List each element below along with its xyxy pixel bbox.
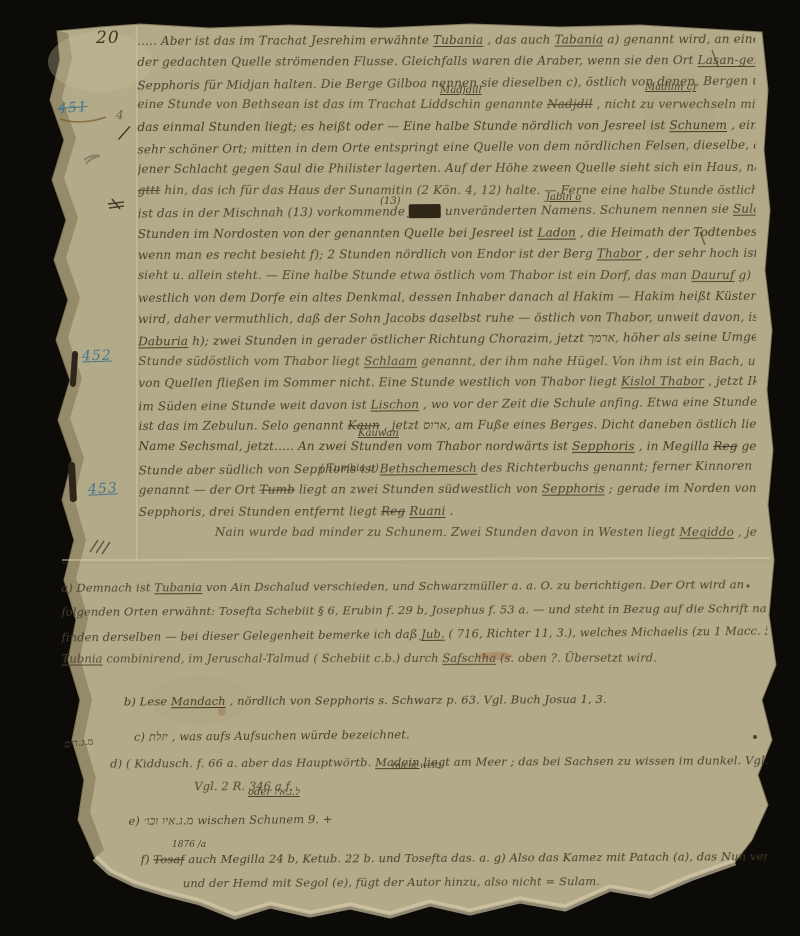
text-segment: wenn man es recht besieht f); 2 Stunden … <box>138 246 597 262</box>
text-segment: Kislol Thabor <box>621 374 704 388</box>
text-segment: , die Heimath der Todtenbeschwörerin. Sü… <box>576 224 756 239</box>
manuscript-line: und der Hemd mit Segol (e), fügt der Aut… <box>183 868 769 895</box>
text-segment: Thabor <box>597 246 641 260</box>
text-segment: f) <box>141 852 154 866</box>
margin-number-453: 453 <box>88 480 119 498</box>
pencil-check-mark: 4 <box>116 108 124 122</box>
text-segment: Mandach <box>171 694 226 708</box>
text-segment: Nadjdil <box>547 97 592 111</box>
manuscript-line: f) Tosaf auch Megilla 24 b, Ketub. 22 b.… <box>141 844 769 871</box>
interlinear-correction-kauwan: Kauwan <box>358 428 399 439</box>
manuscript-line: Daburia h); zwei Stunden in gerader östl… <box>138 327 756 353</box>
text-segment: Tosaf <box>153 852 184 866</box>
text-segment: a) Demnach ist <box>61 580 154 594</box>
interlinear-note-1876: 1876 /a <box>172 840 206 850</box>
text-segment: , nicht zu verwechseln mit dem <box>593 97 756 111</box>
manuscript-line: Nain wurde bad minder zu Schunem. Zwei S… <box>215 522 757 543</box>
text-segment: , jetzt Iksal. Gerade <box>704 374 756 388</box>
text-segment: und der Hemd mit Segol (e), fügt der Aut… <box>183 874 600 890</box>
text-segment: von Quellen fließen im Sommer nicht. Ein… <box>138 375 621 391</box>
text-segment: (s. oben ?. Übersetzt wird. <box>496 651 657 665</box>
interlinear-nicht-weit: (nicht weit) <box>392 761 442 771</box>
text-segment: Lasan-ger <box>698 53 756 67</box>
manuscript-line: a) Demnach ist Tubania von Ain Dschalud … <box>61 572 767 600</box>
text-segment: ist das im Zebulun. Selo genannt <box>138 418 347 433</box>
text-segment: sehr schöner Ort; mitten in dem Orte ent… <box>137 137 755 156</box>
text-segment: Tubnia <box>62 652 103 666</box>
text-segment: , wo vor der Zeit die Schule anfing. Etw… <box>419 394 756 411</box>
text-segment: a) genannt wird, an einem aus <box>603 32 755 47</box>
interlinear-note-tumbia: ( Tumbia u) <box>320 463 379 474</box>
manuscript-line: eine Stunde von Bethsean ist das im Trac… <box>137 94 755 115</box>
text-segment: des Richterbuchs genannt; ferner Kinnore… <box>477 458 757 475</box>
manuscript-line: gttt hin, das ich für das Haus der Sunam… <box>138 180 756 201</box>
text-segment: ; gerade im Norden von <box>605 481 757 496</box>
text-segment: auch Megilla 24 b, Ketub. 22 b. und Tose… <box>185 849 769 866</box>
manuscript-line: e) מ.ג.איו וכו׳ wischen Schunem 9. + <box>128 803 768 833</box>
text-segment: unveränderten Namens. Schunem nennen sie <box>441 202 733 218</box>
text-segment: Reg <box>713 439 737 453</box>
scanned-manuscript-page: 20 451 4 / 452 453 Madjdill Madiim c) (1… <box>0 0 800 936</box>
text-segment: . <box>445 504 453 518</box>
margin-number-451-struck: 451 <box>57 99 88 117</box>
text-segment: , ein <box>727 117 755 131</box>
manuscript-line: westlich von dem Dorfe ein altes Denkmal… <box>138 286 756 310</box>
text-segment: , das auch <box>483 33 554 47</box>
text-segment: jener Schlacht gegen Saul die Philister … <box>138 160 756 177</box>
text-segment: g) nennt, von dessen <box>735 268 756 282</box>
text-segment: Safschha <box>442 651 496 665</box>
interlinear-correction-madjdill: Madjdill <box>440 85 482 96</box>
manuscript-line: Name Sechsmal, jetzt..... An zwei Stunde… <box>139 436 757 457</box>
manuscript-line: genannt — der Ort Tumb liegt an zwei Stu… <box>139 478 757 502</box>
text-segment: d) ( Kiddusch. f. 66 a. aber das Hauptwö… <box>110 755 375 770</box>
manuscript-line: Stunde aber südlich von Sepphoris ist Be… <box>139 455 757 481</box>
text-segment: das einmal Stunden liegt; es heißt oder … <box>137 118 669 134</box>
text-segment: Sepphoris <box>542 482 605 496</box>
text-segment: , nördlich von Sepphoris s. Schwarz p. 6… <box>226 692 607 708</box>
manuscript-line: c) יזלת , was aufs Aufsuchen würde bezei… <box>134 719 768 749</box>
text-segment: liegt an zwei Stunden südwestlich von <box>295 482 542 497</box>
interlinear-oder-hebrew: oder ל.ג.איו <box>248 787 300 798</box>
text-segment: Name Sechsmal, jetzt..... An zwei Stunde… <box>139 439 573 453</box>
text-segment: Sepphoris <box>572 439 635 453</box>
text-segment: Tabania <box>554 32 603 46</box>
manuscript-line: Stunde südöstlich vom Thabor liegt Schla… <box>138 351 756 372</box>
manuscript-line: b) Lese Mandach , nördlich von Sepphoris… <box>124 686 768 713</box>
text-segment: Sepphoris, drei Stunden entfernt liegt <box>139 504 381 519</box>
text-segment: c) יזלת , was aufs Aufsuchen würde bezei… <box>134 727 410 744</box>
text-segment: e) מ.ג.איו וכו׳ wischen Schunem 9. + <box>128 812 332 828</box>
manuscript-line: ist das im Zebulun. Selo genannt Kaun , … <box>138 414 756 438</box>
text-segment: Reg <box>381 504 405 518</box>
margin-number-452: 452 <box>82 347 112 364</box>
text-segment: Bethschemesch <box>380 461 477 476</box>
text-segment: ( 716, Richter 11, 3.), welches Michaeli… <box>445 623 768 641</box>
text-segment: Daburia <box>138 335 188 349</box>
manuscript-line: von Quellen fließen im Sommer nicht. Ein… <box>138 371 756 395</box>
text-segment: gttt <box>138 183 161 197</box>
manuscript-line: Tubnia combinirend, im Jeruschal-Talmud … <box>62 645 768 670</box>
manuscript-line: wenn man es recht besieht f); 2 Stunden … <box>138 243 756 267</box>
text-segment: genannt. Eine <box>738 439 757 453</box>
text-segment: der gedachten Quelle strömenden Flusse. … <box>137 54 697 70</box>
text-segment: , der sehr hoch ist, wie ein Helm aus- <box>641 245 756 260</box>
text-segment: Sulam <box>733 202 756 216</box>
text-segment: von Ain Dschalud verschieden, und Schwar… <box>202 577 744 594</box>
text-segment: genannt — der Ort <box>139 483 260 497</box>
text-segment: Tumb <box>260 483 295 497</box>
text-segment: Jub. <box>421 627 445 641</box>
text-segment: Jabin <box>409 204 441 218</box>
text-segment: , jetzt <box>734 525 757 539</box>
manuscript-line: ..... Aber ist das im Trachat Jesrehim e… <box>137 29 755 53</box>
text-segment: ist das in der Mischnah (13) vorkommende <box>138 204 409 220</box>
text-segment: Megiddo <box>679 525 734 539</box>
text-segment: westlich von dem Dorfe ein altes Denkmal… <box>138 288 756 304</box>
text-segment: Ruani <box>409 504 445 518</box>
text-segment: Ladon <box>537 225 576 239</box>
main-text-block: ..... Aber ist das im Trachat Jesrehim e… <box>137 29 757 545</box>
text-segment: eine Stunde von Bethsean ist das im Trac… <box>137 97 547 111</box>
manuscript-line: Stunden im Nordosten von der genannten Q… <box>138 221 756 245</box>
text-segment: liegt am Meer ; das bei Sachsen zu wisse… <box>420 753 769 769</box>
interlinear-correction-jabin: Jabin o <box>546 192 581 203</box>
text-segment: sieht u. allein steht. — Eine halbe Stun… <box>138 268 691 282</box>
text-segment: ..... Aber ist das im Trachat Jesrehim e… <box>137 33 433 48</box>
text-segment: Schunem <box>669 118 727 132</box>
manuscript-line: Sepphoris, drei Stunden entfernt liegt R… <box>139 500 757 524</box>
text-segment: Tubania <box>154 580 202 594</box>
text-segment: Dauruf <box>691 268 734 282</box>
manuscript-line: sieht u. allein steht. — Eine halbe Stun… <box>138 265 756 286</box>
text-segment: , in Megilla <box>635 439 713 453</box>
text-segment: genannt, der ihm nahe Hügel. Von ihm ist… <box>417 354 756 368</box>
manuscript-line: im Süden eine Stunde weit davon ist Lisc… <box>138 391 756 417</box>
text-segment: b) Lese <box>124 694 171 708</box>
text-segment: Lischon <box>371 397 420 411</box>
text-segment: im Süden eine Stunde weit davon ist <box>138 397 370 413</box>
footnote-block: a) Demnach ist Tubania von Ain Dschalud … <box>61 572 769 896</box>
text-segment: folgenden Orten erwähnt: Tosefta Schebii… <box>61 601 767 619</box>
text-segment: , jetzt ארוס, am Fuße eines Berges. Dich… <box>380 417 757 433</box>
text-segment: hin, das ich für das Haus der Sunamitin … <box>160 183 755 197</box>
manuscript-line: jener Schlacht gegen Saul die Philister … <box>138 157 756 181</box>
interlinear-note-13: (13) <box>380 196 401 207</box>
interlinear-correction-madiim: Madiim c) <box>645 82 696 93</box>
text-segment: Tubania <box>433 33 483 47</box>
text-segment: wird, daher vermuthlich, daß der Sohn Ja… <box>138 310 756 326</box>
text-segment: h); zwei Stunden in gerader östlicher Ri… <box>188 329 756 348</box>
text-segment: Stunden im Nordosten von der genannten Q… <box>138 225 538 240</box>
text-segment: Schlaam <box>364 354 417 368</box>
page-number: 20 <box>96 28 120 48</box>
text-segment: Nain wurde bad minder zu Schunem. Zwei S… <box>215 525 680 539</box>
text-segment: Stunde südöstlich vom Thabor liegt <box>138 354 364 368</box>
text-segment: combinirend, im Jeruschal-Talmud ( Scheb… <box>103 651 443 666</box>
text-segment: finden derselben — bei dieser Gelegenhei… <box>61 627 421 644</box>
